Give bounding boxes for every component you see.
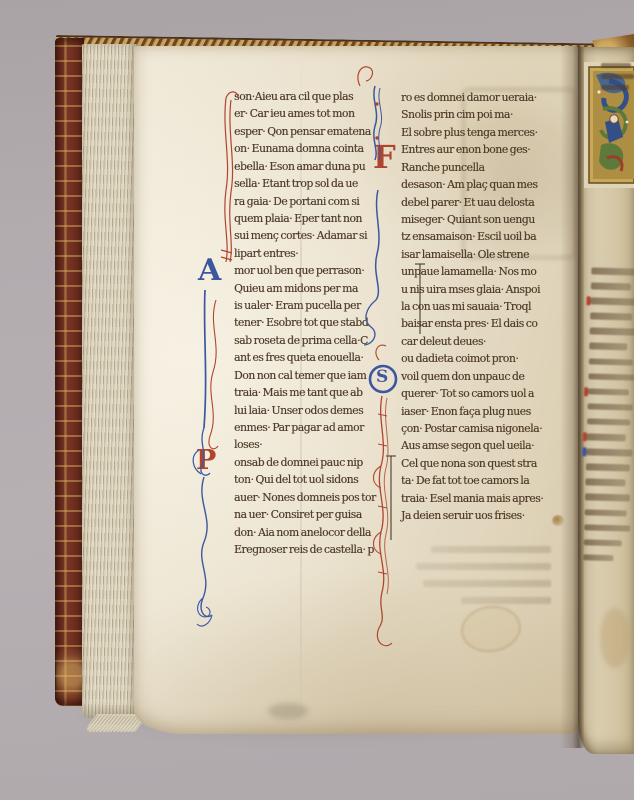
text-line: don· Aia nom anelocor della xyxy=(234,524,384,541)
blurred-line xyxy=(590,313,632,321)
blurred-line xyxy=(588,403,633,411)
blurred-line xyxy=(586,448,632,456)
blurred-line xyxy=(585,509,627,517)
text-line: on· Eunama domna cointa xyxy=(234,140,384,157)
colored-initial-mark xyxy=(583,432,587,441)
blurred-line xyxy=(601,74,634,79)
blurred-line xyxy=(589,358,633,366)
facing-page-text-top xyxy=(601,63,634,96)
text-line: son·Aieu ara cil que plas xyxy=(234,88,384,105)
text-line: auer· Nones domneis pos tor xyxy=(234,489,384,506)
text-line: u nis uira mses glaia· Anspoi xyxy=(401,281,551,298)
text-line: Aus amse segon quel ueila· xyxy=(401,437,551,454)
text-line: Cel que nona son quest stra xyxy=(401,455,551,472)
text-line: Ranche puncella xyxy=(401,159,551,176)
initial-F: F xyxy=(373,141,396,173)
text-line: is ualer· Eram pucella per xyxy=(234,297,384,314)
blurred-line xyxy=(585,479,625,487)
text-line: isar lamaisella· Ole strene xyxy=(401,246,551,263)
text-line: mor uol ben que perrason· xyxy=(234,262,384,279)
blurred-line xyxy=(588,373,634,381)
text-line: ta· De fat tot toe camors la xyxy=(401,472,551,489)
text-line: lipart entres· xyxy=(234,245,384,262)
text-line: Entres aur enon bone ges· xyxy=(401,141,551,158)
page-edge-stack xyxy=(82,44,137,718)
blurred-line xyxy=(583,554,613,561)
blurred-line xyxy=(584,539,622,547)
text-line: ton· Qui del tot uol sidons xyxy=(234,471,384,488)
initial-A: A xyxy=(198,256,221,286)
ghost-line xyxy=(461,597,551,604)
ghost-line xyxy=(423,580,551,587)
text-line: sui menç cortes· Adamar si xyxy=(234,227,384,244)
text-line: loses· xyxy=(234,436,384,453)
text-line: car deleut deues· xyxy=(401,333,551,350)
text-line: çon· Postar camisa nigonela· xyxy=(401,420,551,437)
text-line: desason· Am plaç quan mes xyxy=(401,176,551,193)
text-line: lui laia· Unser odos demes xyxy=(234,402,384,419)
text-line: sella· Etant trop sol da ue xyxy=(234,175,384,192)
text-line: debel parer· Et uau delosta xyxy=(401,194,551,211)
text-line: ou dadieta coimot pron· xyxy=(401,350,551,367)
text-line: ant es fres queta enouella· xyxy=(234,349,384,366)
colored-initial-mark xyxy=(586,296,590,305)
blurred-line xyxy=(584,524,630,532)
text-line: onsab de domnei pauc nip xyxy=(234,454,384,471)
text-line: traia· Mais me tant que ab xyxy=(234,384,384,401)
text-line: ebella· Eson amar duna pu xyxy=(234,158,384,175)
text-line: tz ensamaison· Escil uoil ba xyxy=(401,228,551,245)
text-column-left: son·Aieu ara cil que plaser· Car ieu ame… xyxy=(234,88,384,558)
text-line: er· Car ieu ames tot mon xyxy=(234,105,384,122)
text-line: na uer· Consiret per guisa xyxy=(234,506,384,523)
blurred-line xyxy=(585,494,630,502)
initial-S: S xyxy=(376,369,388,386)
ghost-line xyxy=(416,563,551,570)
text-line: traia· Esel mania mais apres· xyxy=(401,490,551,507)
blurred-line xyxy=(601,63,631,68)
text-line: miseger· Quiant son uengu xyxy=(401,211,551,228)
text-line: Don non cal temer que iam xyxy=(234,367,384,384)
facing-page-text-blurred xyxy=(583,267,634,588)
ghost-line xyxy=(431,546,551,553)
blurred-line xyxy=(591,282,631,290)
text-line: iaser· Enon faça plug nues xyxy=(401,403,551,420)
text-line: querer· Tot so camors uol a xyxy=(401,385,551,402)
stain-smudge-bottom xyxy=(268,703,308,719)
blurred-line xyxy=(590,298,634,306)
text-line: la con uas mi sauaia· Troql xyxy=(401,298,551,315)
blurred-line xyxy=(587,433,626,441)
text-line: Quieu am midons per ma xyxy=(234,280,384,297)
initial-P: P xyxy=(196,447,216,474)
text-line: ra gaia· De portani com si xyxy=(234,193,384,210)
text-line: ro es domnei damor ueraia· xyxy=(401,89,551,106)
colored-initial-mark xyxy=(584,387,588,396)
text-line: Ja deien seruir uos frises· xyxy=(401,507,551,524)
show-through-text xyxy=(401,546,551,614)
text-line: Eregnoser reis de castella· p xyxy=(234,541,384,558)
binding-spine-left xyxy=(55,38,84,706)
blurred-line xyxy=(589,343,627,351)
text-line: baisar ensta pres· El dais co xyxy=(401,315,551,332)
text-line: sab roseta de prima cella·C xyxy=(234,332,384,349)
text-line: esper· Qon pensar ematena xyxy=(234,123,384,140)
blurred-line xyxy=(587,418,630,426)
text-line: Snolis prin cim poi ma· xyxy=(401,106,551,123)
text-line: voil quem don unpauc de xyxy=(401,368,551,385)
text-line: tener· Esobre tot que stabd xyxy=(234,314,384,331)
blurred-line xyxy=(588,388,629,396)
colored-initial-mark xyxy=(582,447,586,456)
stain-facing-page xyxy=(600,608,630,668)
text-line: unpaue lamamella· Nos mo xyxy=(401,263,551,280)
text-line: El sobre plus tenga merces· xyxy=(401,124,551,141)
text-line: quem plaia· Eper tant non xyxy=(234,210,384,227)
text-column-right: ro es domnei damor ueraia·Snolis prin ci… xyxy=(401,89,551,525)
blurred-line xyxy=(591,267,634,275)
blurred-line xyxy=(601,85,629,90)
stain-dot xyxy=(552,515,564,526)
text-line: enmes· Par pagar ad amor xyxy=(234,419,384,436)
blurred-line xyxy=(590,328,634,336)
blurred-line xyxy=(586,464,630,472)
